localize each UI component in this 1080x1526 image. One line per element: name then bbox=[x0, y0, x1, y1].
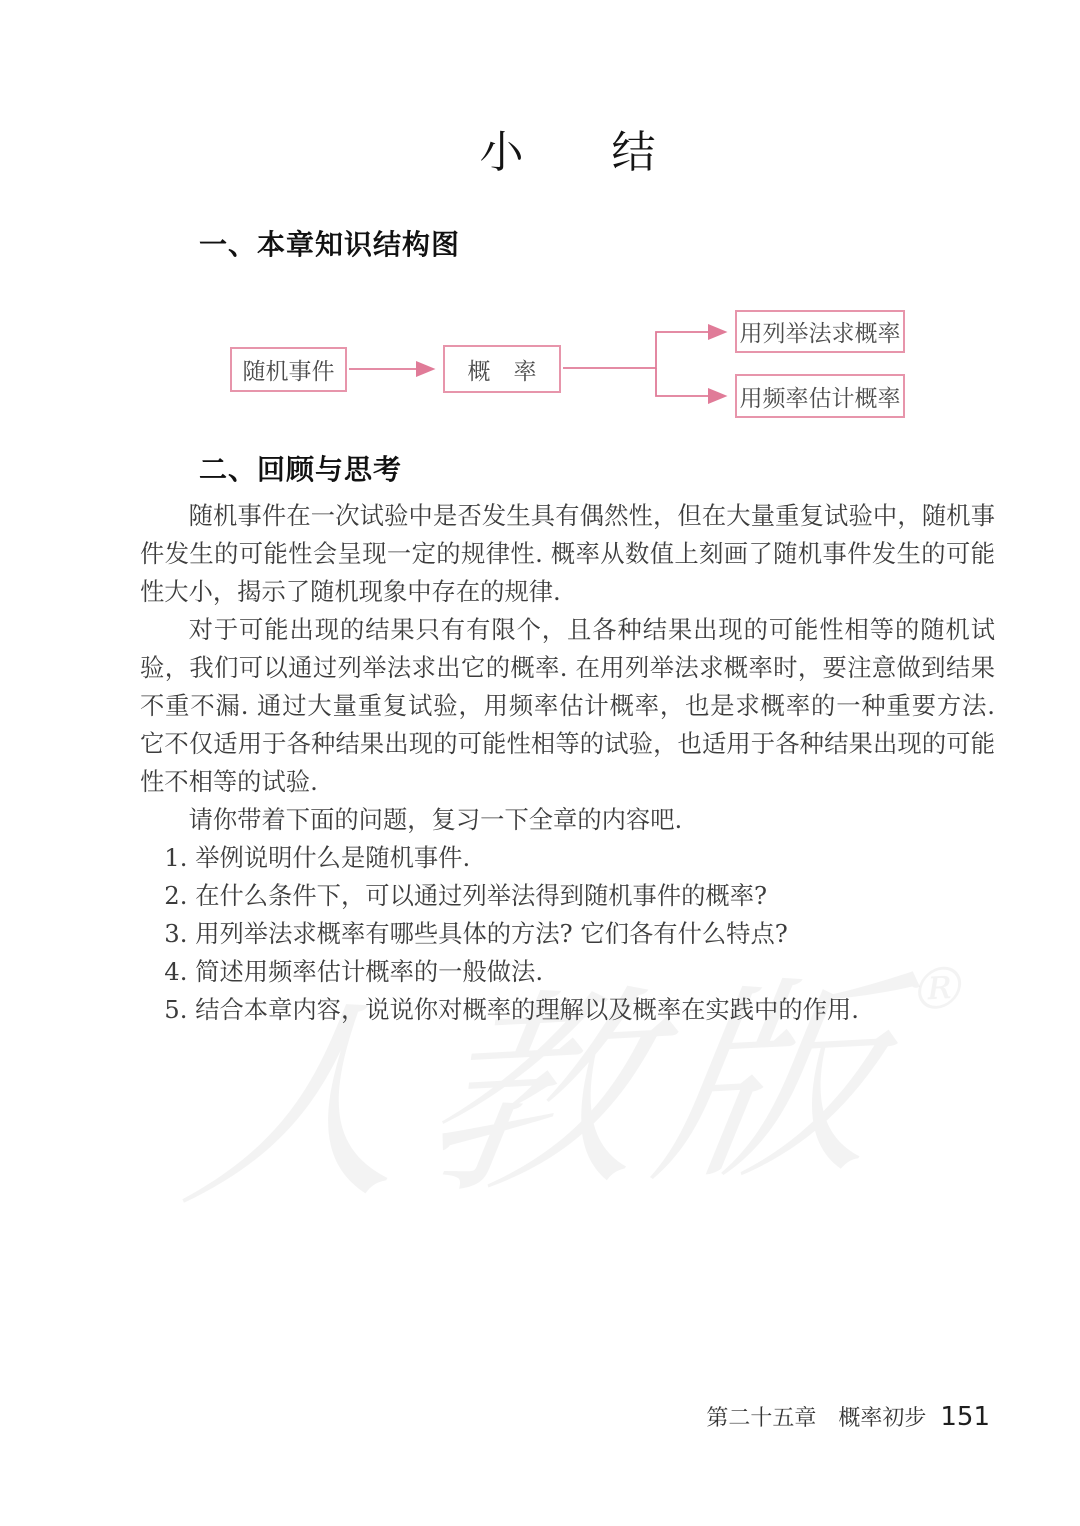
diagram-node-label: 用频率估计概率 bbox=[740, 380, 901, 413]
paragraph: 随机事件在一次试验中是否发生具有偶然性，但在大量重复试验中，随机事件发生的可能性… bbox=[140, 497, 995, 611]
page-title: 小 结 bbox=[140, 124, 995, 182]
review-body-text: 随机事件在一次试验中是否发生具有偶然性，但在大量重复试验中，随机事件发生的可能性… bbox=[140, 497, 995, 1029]
diagram-node-enumeration-method: 用列举法求概率 bbox=[735, 310, 905, 353]
diagram-node-label: 概 率 bbox=[468, 353, 537, 386]
paragraph: 请你带着下面的问题，复习一下全章的内容吧. bbox=[140, 801, 995, 839]
diagram-node-label: 用列举法求概率 bbox=[740, 315, 901, 348]
review-question: 3. 用列举法求概率有哪些具体的方法? 它们各有什么特点? bbox=[140, 915, 995, 953]
review-question: 4. 简述用频率估计概率的一般做法. bbox=[140, 953, 995, 991]
review-question: 5. 结合本章内容，说说你对概率的理解以及概率在实践中的作用. bbox=[140, 991, 995, 1029]
footer-page-number: 151 bbox=[940, 1402, 990, 1432]
footer-chapter-label: 第二十五章 bbox=[706, 1401, 816, 1432]
review-question: 2. 在什么条件下，可以通过列举法得到随机事件的概率? bbox=[140, 877, 995, 915]
page-footer: 第二十五章 概率初步 151 bbox=[706, 1401, 990, 1432]
diagram-node-random-event: 随机事件 bbox=[230, 347, 347, 392]
textbook-page: 小 结 一、本章知识结构图 随机事件 概 率 用列举法求概率 用频率估计概率 bbox=[0, 0, 1080, 1526]
diagram-node-probability: 概 率 bbox=[443, 345, 561, 393]
section-heading-structure: 一、本章知识结构图 bbox=[199, 227, 460, 263]
paragraph: 对于可能出现的结果只有有限个，且各种结果出现的可能性相等的随机试验，我们可以通过… bbox=[140, 611, 995, 801]
diagram-node-label: 随机事件 bbox=[243, 353, 335, 386]
knowledge-structure-diagram: 随机事件 概 率 用列举法求概率 用频率估计概率 bbox=[0, 300, 1080, 430]
review-question: 1. 举例说明什么是随机事件. bbox=[140, 839, 995, 877]
footer-section-label: 概率初步 bbox=[838, 1401, 926, 1432]
diagram-node-frequency-estimate: 用频率估计概率 bbox=[735, 374, 905, 418]
section-heading-review: 二、回顾与思考 bbox=[199, 452, 402, 488]
